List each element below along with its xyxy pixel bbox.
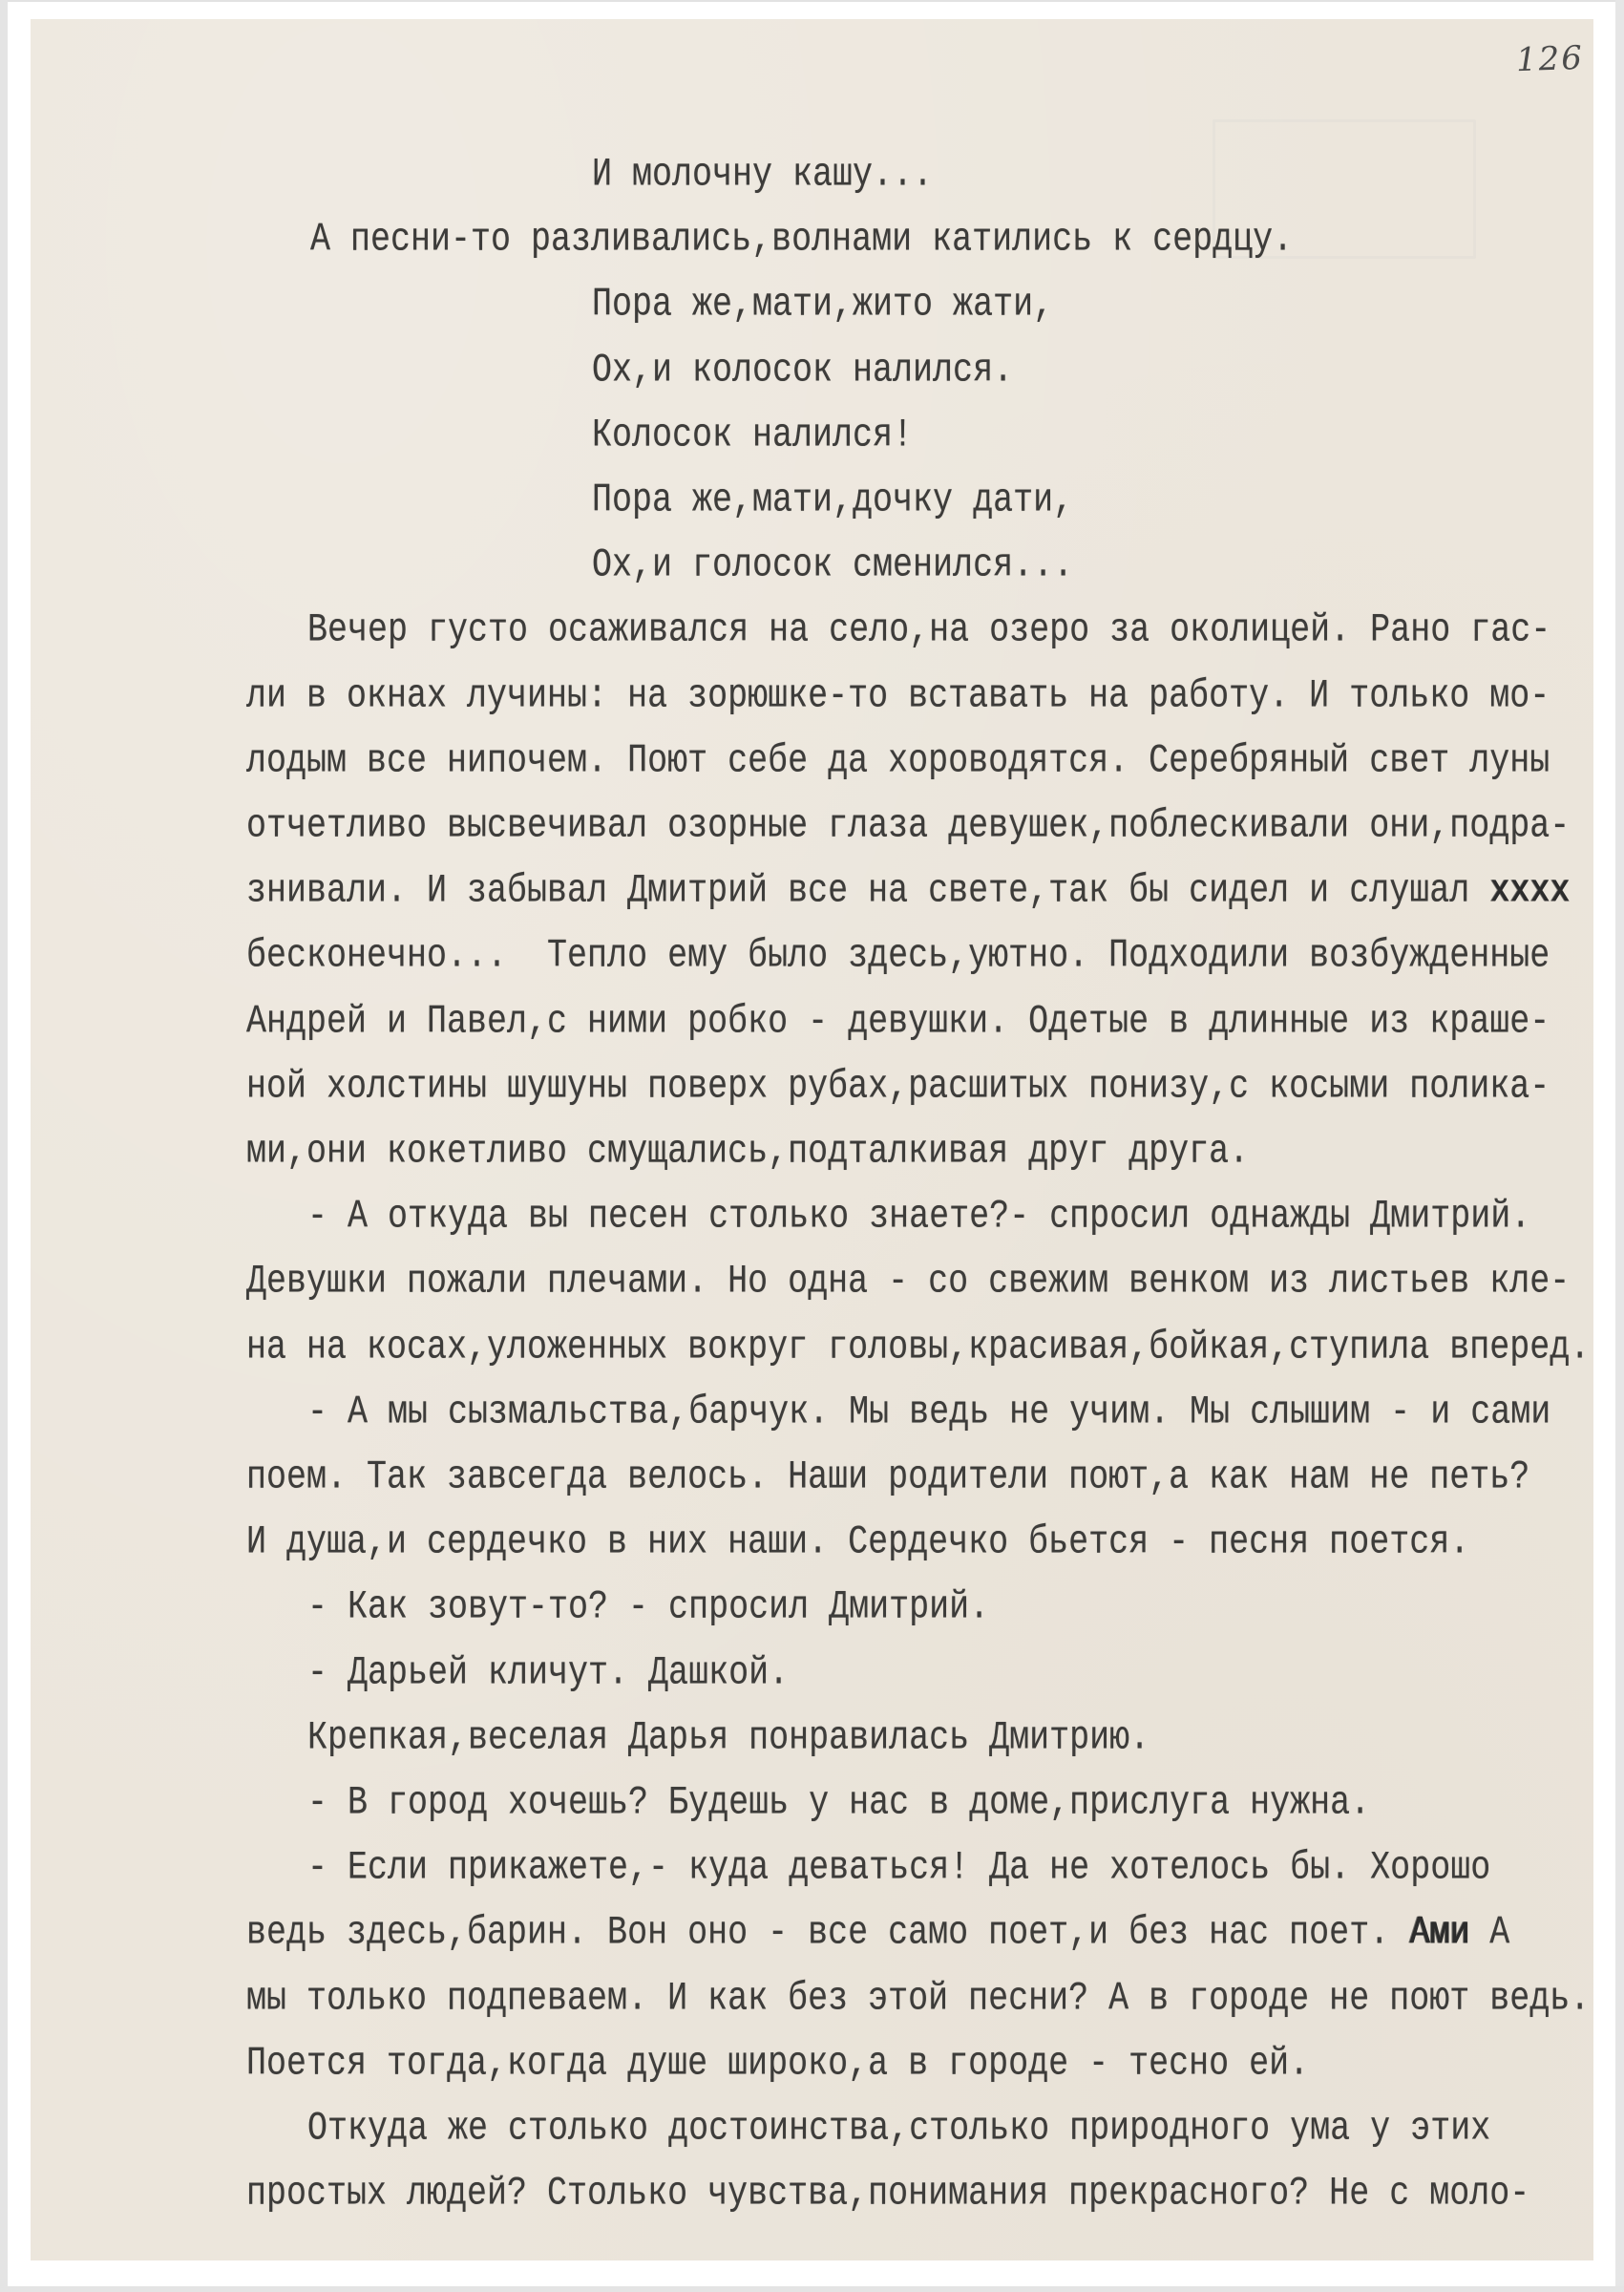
text-line: Девушки пожали плечами. Но одна - со све… [246, 1260, 1570, 1305]
text-line: Откуда же столько достоинства,столько пр… [307, 2106, 1490, 2151]
text-line-content: Поется тогда,когда душе широко,а в город… [246, 2041, 1309, 2086]
text-line-content: - Дарьей кличут. Дашкой. [307, 1650, 789, 1695]
text-line-content: лодым все нипочем. Поют себе да хороводя… [246, 738, 1550, 783]
text-line-content: мы только подпеваем. И как без этой песн… [246, 1976, 1590, 2021]
struck-out-word: xxxx [1489, 869, 1570, 914]
text-line-content: простых людей? Столько чувства,понимания… [246, 2172, 1529, 2217]
text-line-content: И душа,и сердечко в них наши. Сердечко б… [246, 1520, 1469, 1565]
text-line: ли в окнах лучины: на зорюшке-то встават… [246, 673, 1550, 718]
text-line: - А откуда вы песен столько знаете?- спр… [307, 1195, 1530, 1240]
text-line-content: - В город хочешь? Будешь у нас в доме,пр… [307, 1780, 1370, 1825]
scan-border-bottom [0, 2286, 1624, 2292]
handwritten-page-number: 126 [1515, 39, 1584, 79]
text-line-content: Откуда же столько достоинства,столько пр… [307, 2106, 1490, 2151]
text-line: поем. Так завсегда велось. Наши родители… [246, 1454, 1529, 1499]
text-line: ведь здесь,барин. Вон оно - все само пое… [246, 1911, 1509, 1956]
text-line: Ох,и колосок налился. [592, 348, 1013, 393]
text-line-content: - Если прикажете,- куда деваться! Да не … [307, 1846, 1490, 1891]
text-line-content: ной холстины шушуны поверх рубах,расшиты… [246, 1064, 1550, 1109]
text-line: - Дарьей кличут. Дашкой. [307, 1650, 789, 1695]
text-line-content: Пора же,мати,жито жати, [592, 283, 1053, 328]
text-line-content: - А откуда вы песен столько знаете?- спр… [307, 1195, 1530, 1240]
text-line-content: Вечер густо осаживался на село,на озеро … [307, 608, 1550, 653]
text-line-content: бесконечно... Тепло ему было здесь,уютно… [246, 934, 1550, 979]
text-line-content: Андрей и Павел,с ними робко - девушки. О… [246, 999, 1550, 1044]
text-line: А песни-то разливались,волнами катились … [310, 218, 1293, 263]
scan-border-right [1615, 0, 1624, 2292]
text-line: Крепкая,веселая Дарья понравилась Дмитри… [307, 1715, 1149, 1760]
text-line-content: на на косах,уложенных вокруг головы,крас… [246, 1325, 1590, 1369]
text-line: простых людей? Столько чувства,понимания… [246, 2172, 1529, 2217]
text-line-content: Крепкая,веселая Дарья понравилась Дмитри… [307, 1715, 1149, 1760]
text-line-content: отчетливо высвечивал озорные глаза девуш… [246, 803, 1570, 848]
text-line: Андрей и Павел,с ними робко - девушки. О… [246, 999, 1550, 1044]
text-line-content: Колосок налился! [592, 413, 913, 457]
text-line: Колосок налился! [592, 413, 913, 457]
scan-border-left [0, 0, 8, 2292]
text-line-content: Ох,и голосок сменился... [592, 543, 1073, 588]
text-line-content: ми,они кокетливо смущались,подталкивая д… [246, 1129, 1249, 1174]
text-line: - Как зовут-то? - спросил Дмитрий. [307, 1585, 989, 1630]
text-line: Пора же,мати,дочку дати, [592, 477, 1073, 522]
text-line-content: Девушки пожали плечами. Но одна - со све… [246, 1260, 1570, 1305]
text-line-content: ведь здесь,барин. Вон оно - все само пое… [246, 1911, 1389, 1956]
text-line: Поется тогда,когда душе широко,а в город… [246, 2041, 1309, 2086]
text-line: знивали. И забывал Дмитрий все на свете,… [246, 869, 1570, 914]
text-line: - А мы сызмальства,барчук. Мы ведь не уч… [307, 1390, 1550, 1434]
text-line-content: И молочну кашу... [592, 152, 933, 197]
text-line: лодым все нипочем. Поют себе да хороводя… [246, 738, 1550, 783]
text-line: И молочну кашу... [592, 152, 933, 197]
text-line-content: А песни-то разливались,волнами катились … [310, 218, 1293, 263]
text-line: бесконечно... Тепло ему было здесь,уютно… [246, 934, 1550, 979]
text-line-tail: А [1469, 1911, 1509, 1956]
text-line-content: Пора же,мати,дочку дати, [592, 477, 1073, 522]
struck-out-word: Ами [1409, 1911, 1469, 1956]
text-line-content: Ох,и колосок налился. [592, 348, 1013, 393]
text-line-content: поем. Так завсегда велось. Наши родители… [246, 1454, 1529, 1499]
text-line: отчетливо высвечивал озорные глаза девуш… [246, 803, 1570, 848]
text-line-content: - А мы сызмальства,барчук. Мы ведь не уч… [307, 1390, 1550, 1434]
scan-border-top [0, 0, 1624, 2]
text-line: Пора же,мати,жито жати, [592, 283, 1053, 328]
text-line-content: знивали. И забывал Дмитрий все на свете,… [246, 869, 1469, 914]
text-line: И душа,и сердечко в них наши. Сердечко б… [246, 1520, 1469, 1565]
text-line: ной холстины шушуны поверх рубах,расшиты… [246, 1064, 1550, 1109]
text-line: - Если прикажете,- куда деваться! Да не … [307, 1846, 1490, 1891]
text-line: Вечер густо осаживался на село,на озеро … [307, 608, 1550, 653]
text-line-content: ли в окнах лучины: на зорюшке-то встават… [246, 673, 1550, 718]
text-line-content: - Как зовут-то? - спросил Дмитрий. [307, 1585, 989, 1630]
text-line: на на косах,уложенных вокруг головы,крас… [246, 1325, 1590, 1369]
text-line: ми,они кокетливо смущались,подталкивая д… [246, 1129, 1249, 1174]
text-line: Ох,и голосок сменился... [592, 543, 1073, 588]
text-line: мы только подпеваем. И как без этой песн… [246, 1976, 1590, 2021]
text-line: - В город хочешь? Будешь у нас в доме,пр… [307, 1780, 1370, 1825]
